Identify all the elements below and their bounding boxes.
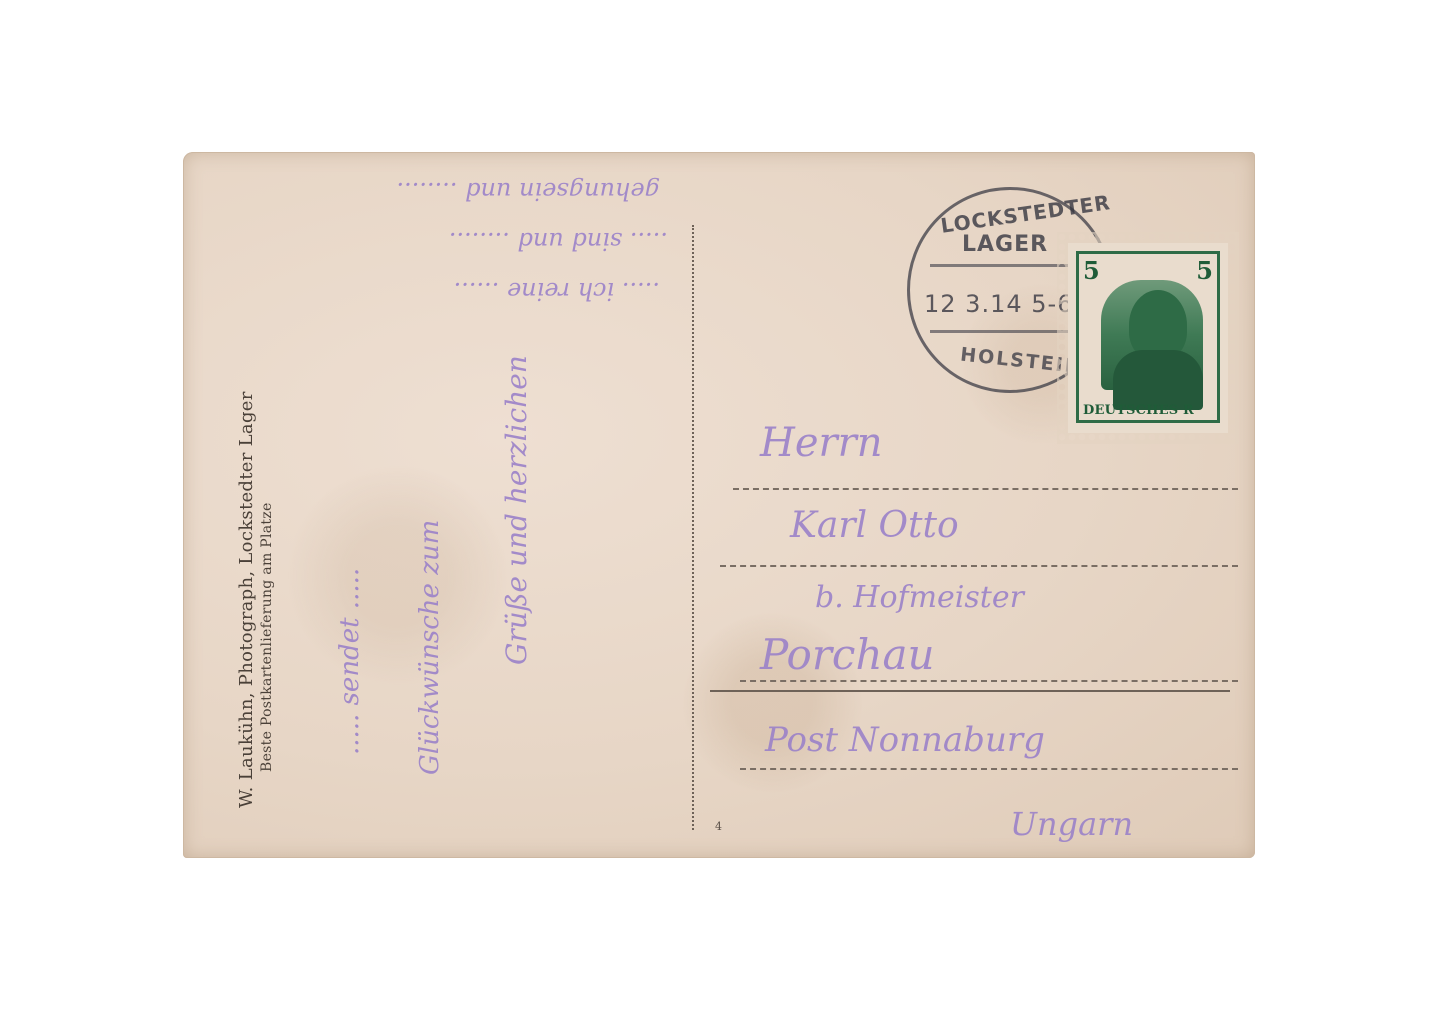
publisher-imprint: W. Laukühn, Photograph, Lockstedter Lage… <box>236 391 276 808</box>
stamp-denomination-right: 5 <box>1196 256 1213 285</box>
address-line-1 <box>733 488 1238 490</box>
message-vertical-3: ..... sendet ..... <box>335 568 365 755</box>
postmark-place: LOCKSTEDTER <box>939 190 1112 238</box>
address-line-3-solid <box>710 690 1230 692</box>
message-line-3: ..... ich reine ...... <box>454 277 660 305</box>
imprint-line-2: Beste Postkartenlieferung am Platze <box>258 391 276 808</box>
address-country: Ungarn <box>1010 805 1133 843</box>
postage-stamp: 5 5 DEUTSCHES R <box>1068 243 1228 433</box>
message-vertical-1: Grüße und herzlichen <box>500 355 533 665</box>
message-vertical-2: Glückwünsche zum <box>415 520 445 775</box>
address-salutation: Herrn <box>760 420 883 466</box>
postmark-date: 12 3.14 5-6 <box>924 290 1073 318</box>
address-line3: b. Hofmeister <box>815 580 1024 615</box>
stamp-frame: 5 5 DEUTSCHES R <box>1076 251 1220 423</box>
address-town: Porchau <box>760 630 935 679</box>
address-post: Post Nonnaburg <box>765 720 1045 760</box>
stamp-denomination-left: 5 <box>1083 256 1100 285</box>
message-line-2: ..... sind und ........ <box>449 227 668 255</box>
postmark-place-line2: LAGER <box>962 232 1048 257</box>
center-divider <box>692 225 694 830</box>
stamp-country: DEUTSCHES R <box>1083 403 1194 418</box>
address-line-2 <box>720 565 1238 567</box>
address-line-4 <box>740 768 1238 770</box>
germania-portrait-icon <box>1101 280 1203 390</box>
address-line-3 <box>740 680 1238 682</box>
printer-mark: 4 <box>715 820 722 833</box>
address-name: Karl Otto <box>790 505 959 546</box>
imprint-line-1: W. Laukühn, Photograph, Lockstedter Lage… <box>236 391 258 808</box>
message-line-1: gehungsein und ........ <box>396 177 660 205</box>
